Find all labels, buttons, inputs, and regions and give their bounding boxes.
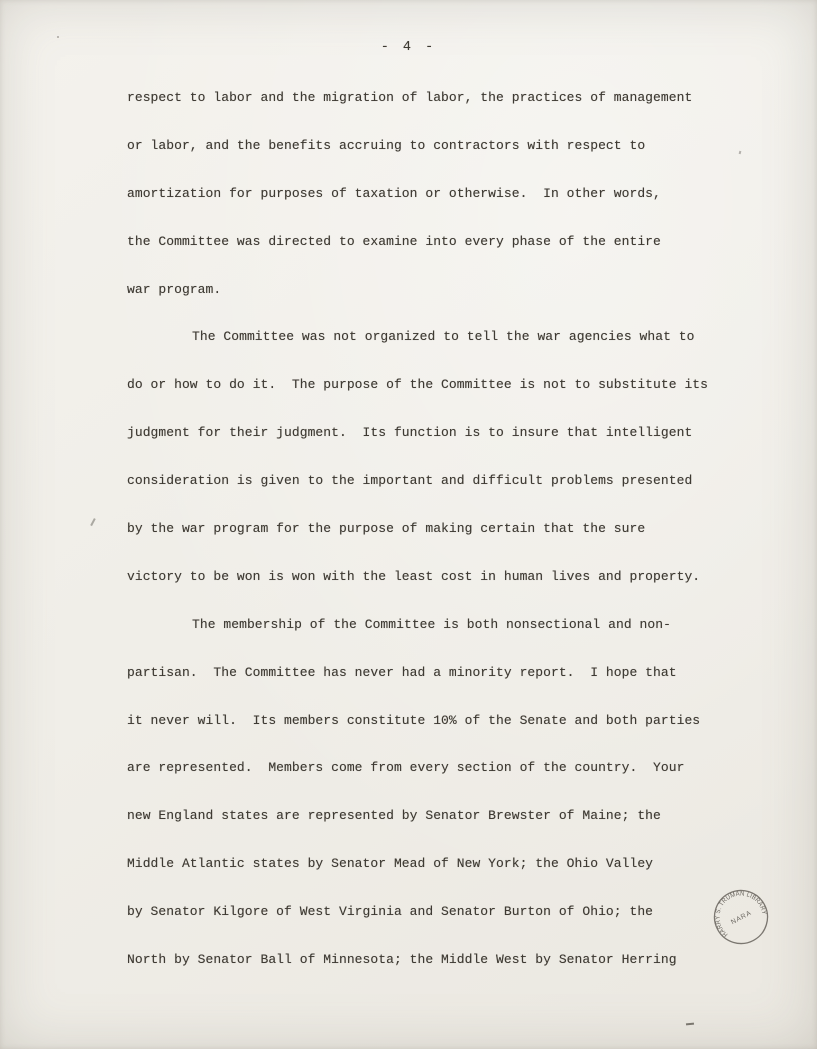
- typed-line: by the war program for the purpose of ma…: [127, 521, 747, 569]
- svg-text:HARRY S. TRUMAN LIBRARY: HARRY S. TRUMAN LIBRARY: [705, 881, 770, 939]
- typed-line: war program.: [127, 282, 747, 330]
- typed-line: are represented. Members come from every…: [127, 760, 747, 808]
- typed-line: judgment for their judgment. Its functio…: [127, 425, 747, 473]
- typed-line: respect to labor and the migration of la…: [127, 90, 747, 138]
- typed-line: do or how to do it. The purpose of the C…: [127, 377, 747, 425]
- stray-mark: [90, 518, 95, 526]
- typed-line: new England states are represented by Se…: [127, 808, 747, 856]
- typed-line: North by Senator Ball of Minnesota; the …: [127, 952, 747, 1000]
- typed-line: The membership of the Committee is both …: [127, 617, 747, 665]
- typed-text-body: respect to labor and the migration of la…: [127, 90, 747, 1000]
- typed-line: by Senator Kilgore of West Virginia and …: [127, 904, 747, 952]
- typed-line: amortization for purposes of taxation or…: [127, 186, 747, 234]
- stray-mark: [57, 36, 59, 38]
- pencil-mark: [686, 1023, 694, 1026]
- typed-line: Middle Atlantic states by Senator Mead o…: [127, 856, 747, 904]
- typed-line: the Committee was directed to examine in…: [127, 234, 747, 282]
- typed-line: or labor, and the benefits accruing to c…: [127, 138, 747, 186]
- stamp-center-text: NARA: [730, 910, 753, 927]
- typed-line: partisan. The Committee has never had a …: [127, 665, 747, 713]
- typed-line: The Committee was not organized to tell …: [127, 329, 747, 377]
- document-page: - 4 - respect to labor and the migration…: [0, 0, 817, 1049]
- stamp-ring-text: HARRY S. TRUMAN LIBRARY: [705, 881, 770, 939]
- typed-line: consideration is given to the important …: [127, 473, 747, 521]
- typed-line: it never will. Its members constitute 10…: [127, 713, 747, 761]
- page-number: - 4 -: [0, 40, 817, 55]
- typed-line: victory to be won is won with the least …: [127, 569, 747, 617]
